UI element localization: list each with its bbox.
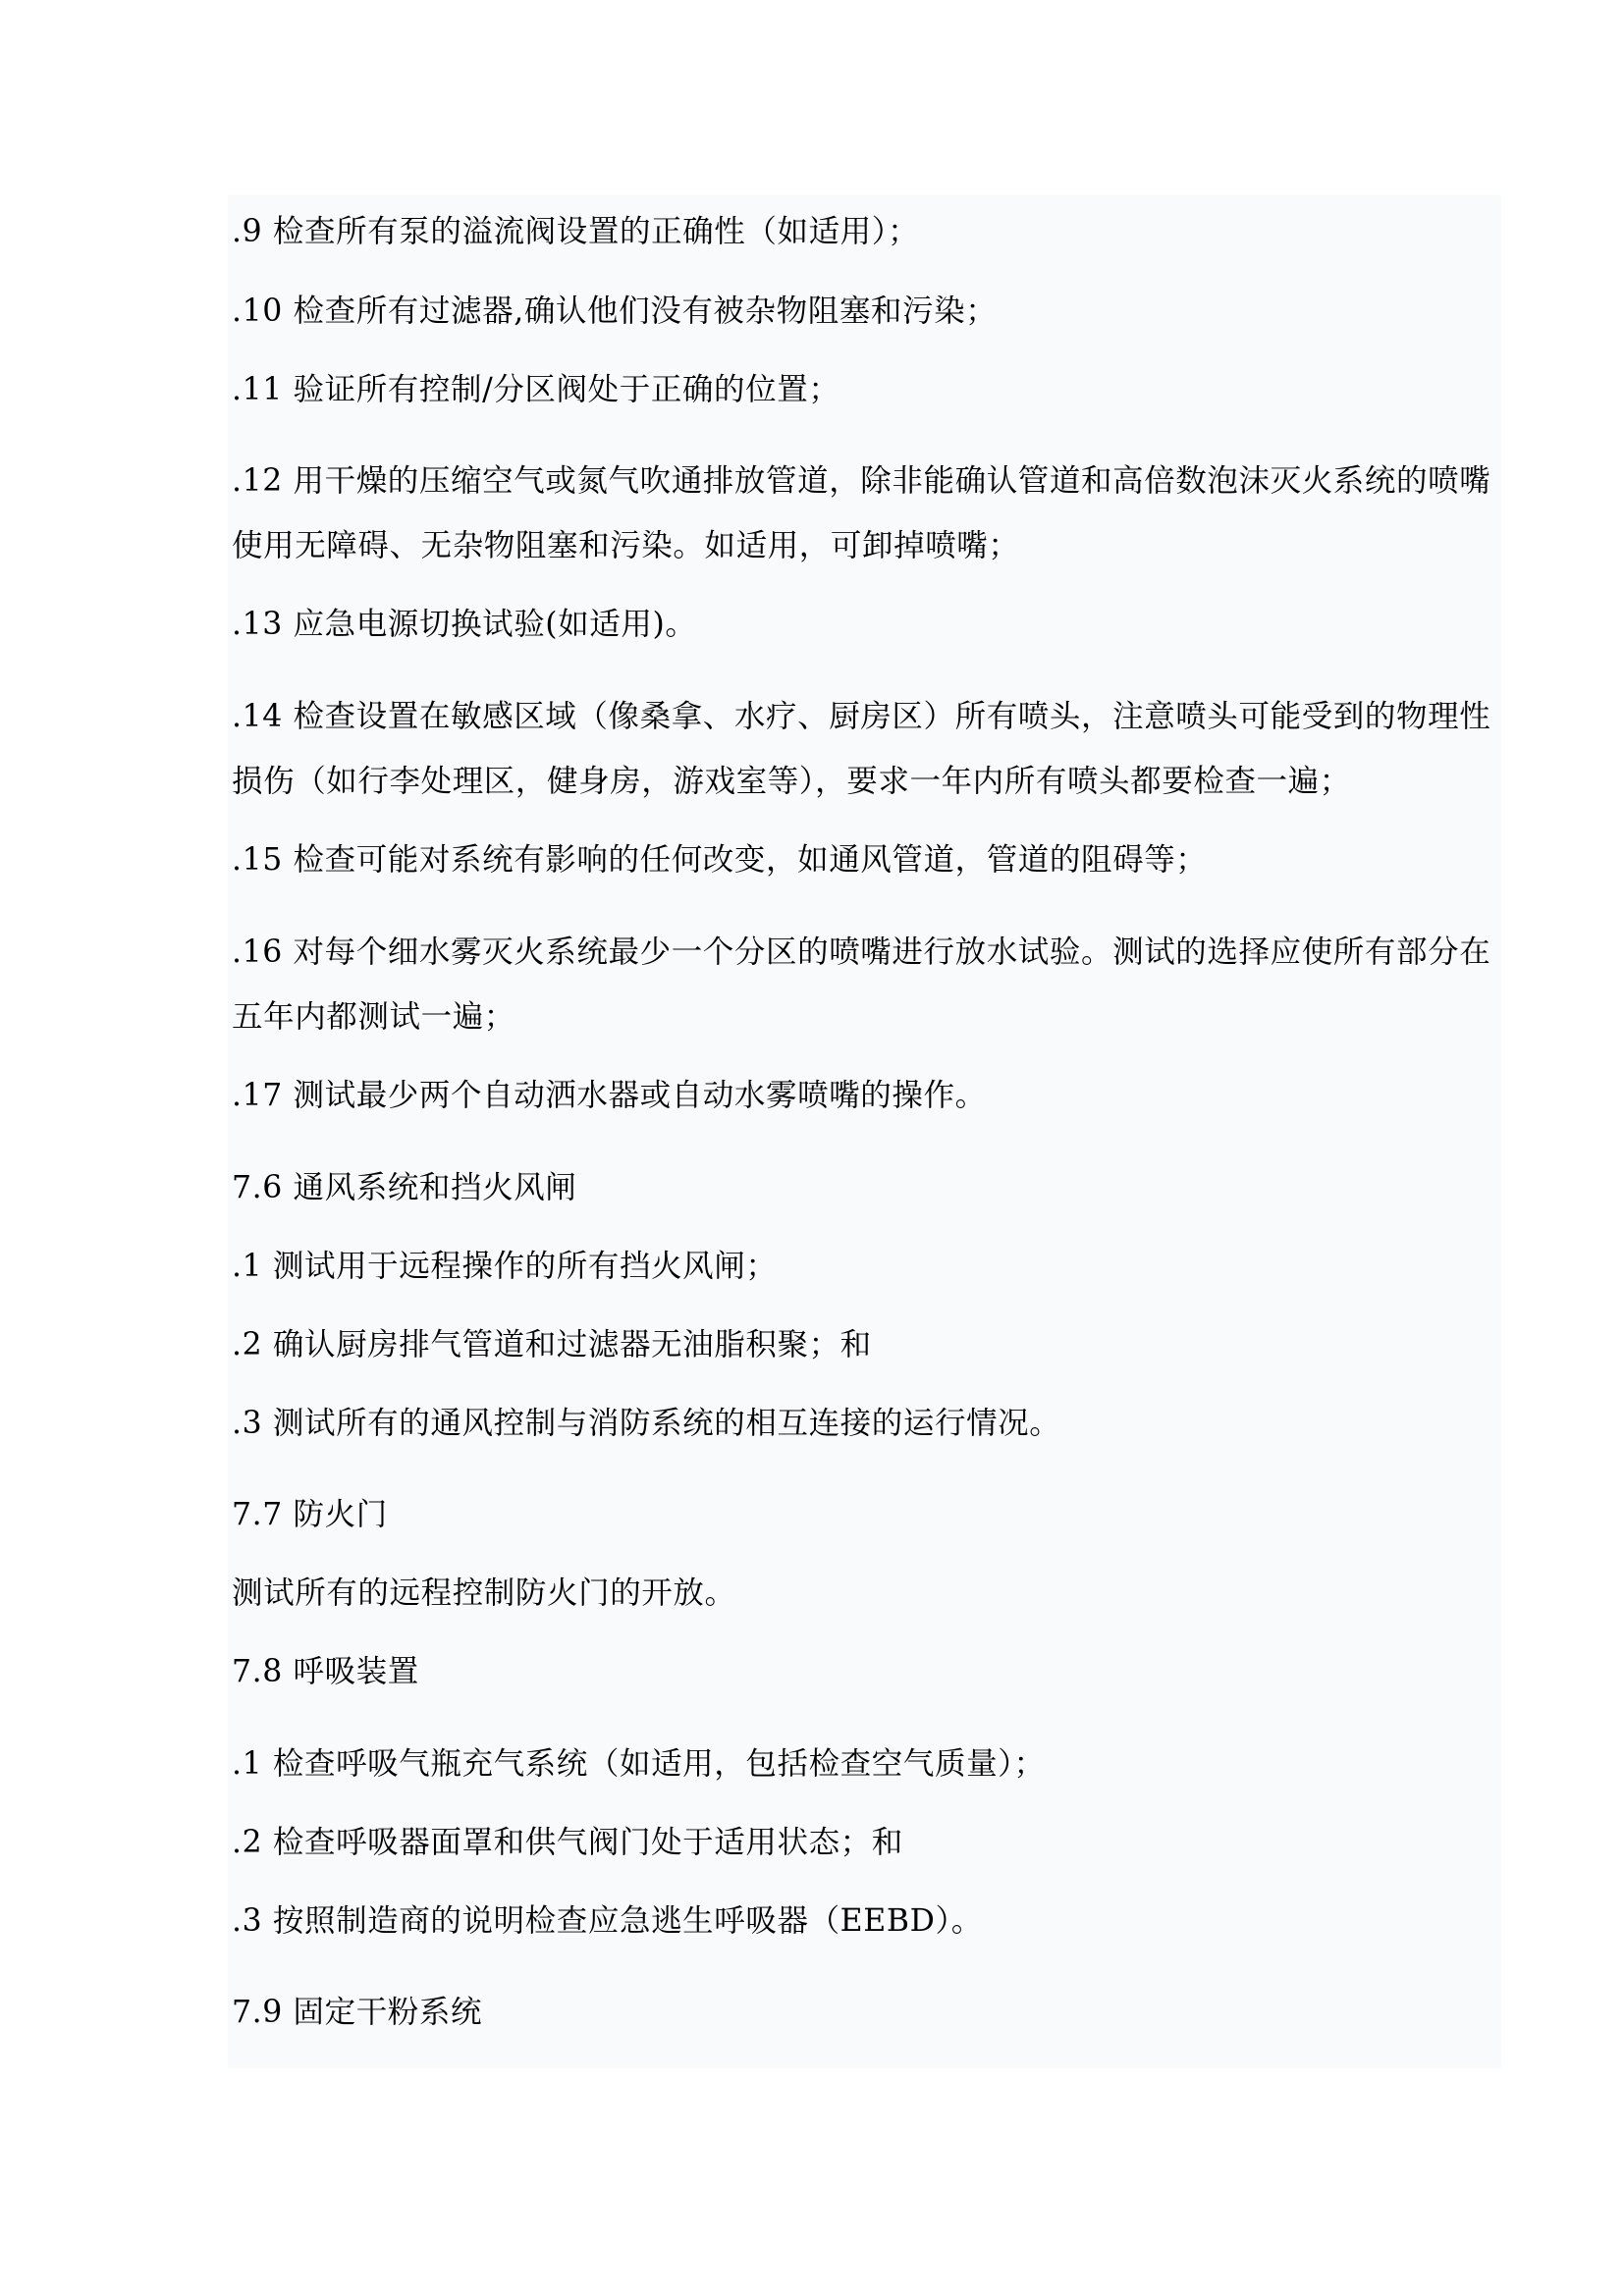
list-item-14: .14 检查设置在敏感区域（像桑拿、水疗、厨房区）所有喷头，注意喷头可能受到的物…	[232, 684, 1503, 814]
list-item-16: .16 对每个细水雾灭火系统最少一个分区的喷嘴进行放水试验。测试的选择应使所有部…	[232, 920, 1503, 1049]
list-item-15: .15 检查可能对系统有影响的任何改变，如通风管道，管道的阻碍等；	[232, 828, 1503, 892]
list-item-7-6-1: .1 测试用于远程操作的所有挡火风闸；	[232, 1234, 1503, 1299]
list-item-7-6-2: .2 确认厨房排气管道和过滤器无油脂积聚；和	[232, 1312, 1503, 1377]
list-item-11: .11 验证所有控制/分区阀处于正确的位置；	[232, 357, 1503, 422]
document-page: .9 检查所有泵的溢流阀设置的正确性（如适用）； .10 检查所有过滤器,确认他…	[0, 0, 1624, 2296]
list-item-7-8-2: .2 检查呼吸器面罩和供气阀门处于适用状态；和	[232, 1810, 1503, 1875]
list-item-7-8-1: .1 检查呼吸气瓶充气系统（如适用，包括检查空气质量）；	[232, 1732, 1503, 1796]
paragraph-7-7-body: 测试所有的远程控制防火门的开放。	[232, 1561, 1503, 1626]
list-item-10: .10 检查所有过滤器,确认他们没有被杂物阻塞和污染；	[232, 279, 1503, 344]
section-heading-7-6: 7.6 通风系统和挡火风闸	[232, 1155, 1503, 1220]
list-item-17: .17 测试最少两个自动洒水器或自动水雾喷嘴的操作。	[232, 1063, 1503, 1128]
list-item-7-8-3: .3 按照制造商的说明检查应急逃生呼吸器（EEBD）。	[232, 1889, 1503, 1953]
list-item-13: .13 应急电源切换试验(如适用)。	[232, 592, 1503, 657]
list-item-9: .9 检查所有泵的溢流阀设置的正确性（如适用）；	[232, 199, 1503, 264]
list-item-7-6-3: .3 测试所有的通风控制与消防系统的相互连接的运行情况。	[232, 1391, 1503, 1456]
list-item-12: .12 用干燥的压缩空气或氮气吹通排放管道，除非能确认管道和高倍数泡沫灭火系统的…	[232, 449, 1503, 578]
section-heading-7-9: 7.9 固定干粉系统	[232, 1980, 1503, 2045]
section-heading-7-7: 7.7 防火门	[232, 1482, 1503, 1547]
section-heading-7-8: 7.8 呼吸装置	[232, 1639, 1503, 1704]
